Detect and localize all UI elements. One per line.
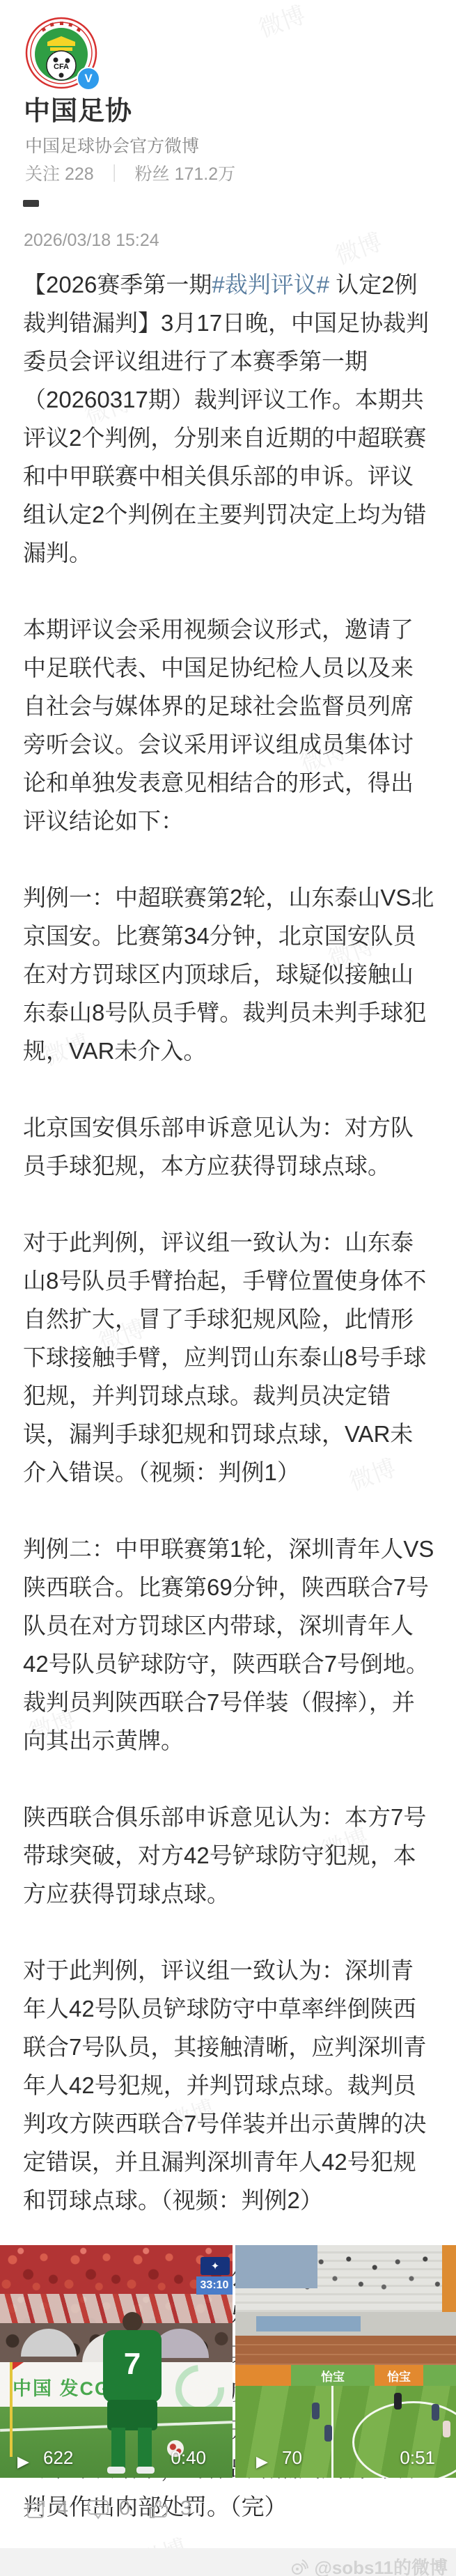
video-thumbnail-1[interactable]: 中国 发CGDG ✦ 33:10 7 ▶ 622 0:40: [0, 2245, 233, 2478]
player-leg: [138, 2428, 152, 2468]
running-track: [235, 2336, 456, 2365]
play-icon[interactable]: ▶: [256, 2453, 268, 2471]
weibo-watermark: 微博: [330, 223, 386, 271]
like-count: 3: [180, 2497, 191, 2520]
player-shoe: [136, 2467, 155, 2474]
fan-banner: [0, 2294, 233, 2326]
paragraph-4: 北京国安俱乐部申诉意见认为：对方队员手球犯规，本方应获得罚球点球。: [23, 1108, 435, 1185]
avatar[interactable]: CFA V: [25, 17, 97, 89]
comment-button[interactable]: 0: [87, 2497, 130, 2520]
paragraph-1-pre: 【2026赛季第一期: [23, 272, 212, 297]
thumbs-up-icon: [148, 2499, 171, 2520]
ad-board-segment: 怡宝: [291, 2365, 375, 2386]
profile-name[interactable]: 中国足协: [24, 89, 132, 127]
ad-board-segment: 怡宝: [375, 2365, 423, 2386]
player-head: [123, 2312, 142, 2331]
ad-board-segment: [235, 2365, 291, 2386]
svg-text:CFA: CFA: [54, 63, 69, 71]
credit-text: @sobs11的微博: [314, 2554, 448, 2576]
verified-badge-icon: V: [77, 67, 100, 91]
collapsed-menu-dash: [23, 200, 39, 207]
followers-label: 粉丝: [135, 164, 170, 184]
player-shorts: [107, 2400, 157, 2430]
comment-icon: [87, 2499, 109, 2520]
rail-banner: [256, 2316, 361, 2331]
video-duration: 0:40: [171, 2447, 206, 2469]
referee-figure: [394, 2393, 402, 2410]
player-shoe: [107, 2467, 125, 2474]
paragraph-1-rest: 认定2例裁判错漏判】3月17日晚，中国足协裁判委员会评议组进行了本赛季第一期（2…: [23, 272, 429, 566]
player-figure: [432, 2404, 439, 2421]
weibo-watermark: 微博: [253, 0, 310, 44]
player-figure: [312, 2403, 320, 2419]
action-bar: 4 0 3: [0, 2497, 456, 2539]
player-number: 7: [103, 2347, 162, 2382]
post-timestamp: 2026/03/18 15:24: [24, 231, 159, 251]
paragraph-6: 判例二：中甲联赛第1轮，深圳青年人VS陕西联合。比赛第69分钟，陕西联合7号队员…: [23, 1530, 435, 1760]
corner-flag-pole: [10, 2362, 13, 2457]
following-label: 关注: [25, 164, 60, 184]
video-duration: 0:51: [400, 2447, 435, 2469]
video-view-count: 70: [282, 2447, 302, 2469]
profile-stats[interactable]: 关注 228 ｜ 粉丝 171.2万: [25, 160, 235, 185]
weibo-post-page: 微博 微博 微博 微博 微博 微博 微博 微博 微博 微博 微博 微博: [0, 0, 456, 2576]
ad-board-segment: [423, 2365, 456, 2386]
video-grid: 中国 发CGDG ✦ 33:10 7 ▶ 622 0:40: [0, 2245, 456, 2478]
paragraph-3: 判例一：中超联赛第2轮，山东泰山VS北京国安。比赛第34分钟，北京国安队员在对方…: [23, 878, 435, 1070]
footer-strip: @sobs11的微博: [0, 2548, 456, 2576]
paragraph-7: 陕西联合俱乐部申诉意见认为：本方7号带球突破，对方42号铲球防守犯规，本方应获得…: [23, 1798, 435, 1913]
paragraph-1: 【2026赛季第一期#裁判评议# 认定2例裁判错漏判】3月17日晚，中国足协裁判…: [23, 265, 435, 572]
like-button[interactable]: 3: [148, 2497, 191, 2520]
ad-boards: 怡宝 怡宝: [235, 2365, 456, 2386]
share-icon: [26, 2499, 47, 2519]
share-count: 4: [57, 2497, 68, 2520]
post-body: 【2026赛季第一期#裁判评议# 认定2例裁判错漏判】3月17日晚，中国足协裁判…: [23, 265, 435, 2564]
video-view-count: 622: [43, 2447, 73, 2469]
video-thumbnail-2[interactable]: 怡宝 怡宝 ▶ 70 0:51: [235, 2245, 456, 2478]
corner-flag: [13, 2362, 24, 2370]
paragraph-2: 本期评议会采用视频会议形式，邀请了中足联代表、中国足协纪检人员以及来自社会与媒体…: [23, 610, 435, 840]
share-button[interactable]: 4: [26, 2497, 68, 2520]
stats-divider: ｜: [106, 164, 123, 184]
weibo-logo-icon: [290, 2559, 308, 2575]
followers-count: 171.2万: [175, 164, 236, 184]
player-figure: [324, 2425, 332, 2442]
following-count: 228: [65, 164, 94, 184]
player-leg: [111, 2428, 125, 2468]
hashtag-link[interactable]: #裁判评议#: [212, 272, 329, 297]
profile-subtitle: 中国足球协会官方微博: [25, 132, 199, 157]
paragraph-5: 对于此判例，评议组一致认为：山东泰山8号队员手臂抬起，手臂位置使身体不自然扩大，…: [23, 1223, 435, 1491]
comment-count: 0: [119, 2497, 130, 2520]
paragraph-8: 对于此判例，评议组一致认为：深圳青年人42号队员铲球防守中草率绊倒陕西联合7号队…: [23, 1951, 435, 2219]
screenshot-credit: @sobs11的微博: [290, 2554, 448, 2576]
play-icon[interactable]: ▶: [17, 2453, 29, 2471]
match-clock: 33:10: [196, 2276, 233, 2295]
player-jersey: 7: [103, 2330, 162, 2403]
away-fan-section: [235, 2245, 317, 2288]
player-figure: [443, 2421, 450, 2437]
league-badge-icon: ✦: [201, 2257, 230, 2275]
